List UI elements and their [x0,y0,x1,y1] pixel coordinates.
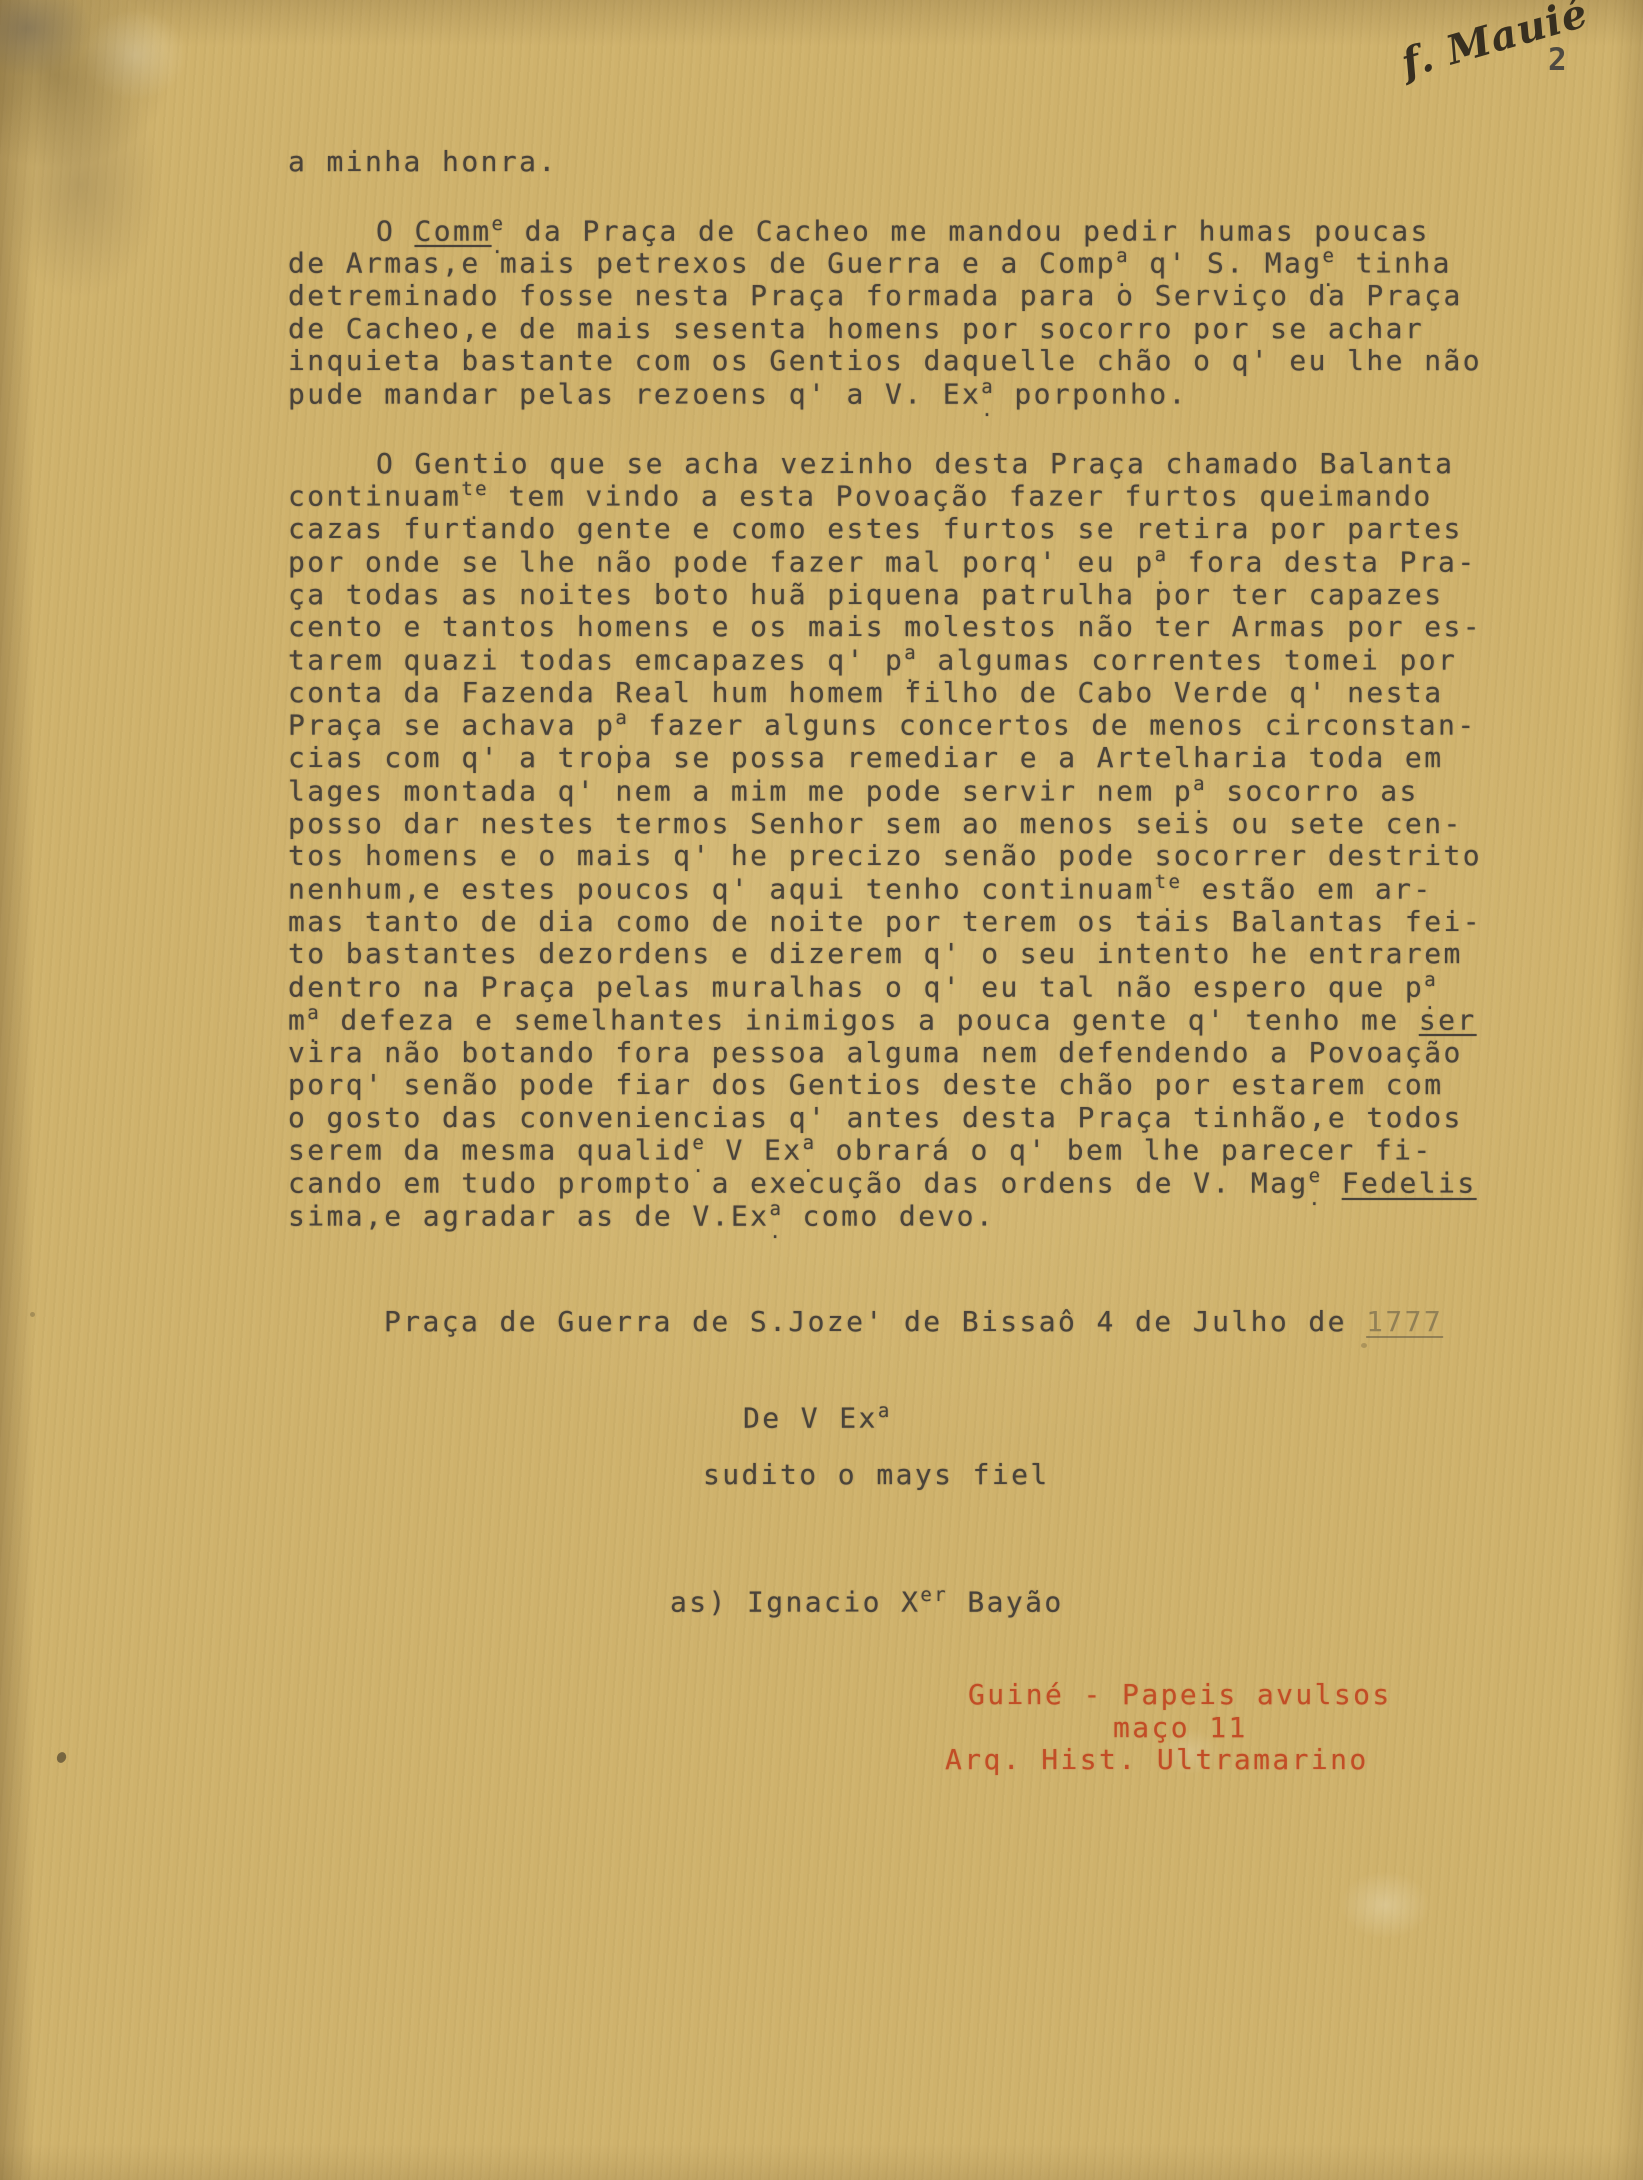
letter-line: posso dar nestes termos Senhor sem ao me… [288,808,1618,841]
letter-line: cento e tantos homens e os mais molestos… [288,611,1618,644]
archive-stamp-line: Arq. Hist. Ultramarino [945,1744,1618,1777]
document-page: f. Mauié 2 a minha honra. O Comme. da Pr… [0,0,1643,2180]
letter-line: to bastantes dezordens e dizerem q' o se… [288,938,1618,971]
letter-line: cando em tudo prompto a execução das ord… [288,1167,1618,1200]
paper-speck [30,1312,35,1317]
salutation-line: a minha honra. [288,146,1618,179]
letter-body: a minha honra. O Comme. da Praça de Cach… [288,146,1618,1777]
archive-stamp-line: maço 11 [1113,1712,1618,1745]
handwritten-annotation: f. Mauié [1396,0,1640,87]
signature-line: as) Ignacio Xer Bayão [670,1586,1618,1619]
closing-subject: sudito o mays fiel [703,1459,1618,1492]
letter-line: porq' senão pode fiar dos Gentios deste … [288,1069,1618,1102]
paragraph-2: O Gentio que se acha vezinho desta Praça… [288,448,1618,1233]
paragraph-1: O Comme. da Praça de Cacheo me mandou pe… [288,215,1618,411]
letter-line: mas tanto de dia como de noite por terem… [288,906,1618,939]
letter-line: de Armas,e mais petrexos de Guerra e a C… [288,247,1618,280]
letter-line: tos homens e o mais q' he precizo senão … [288,840,1618,873]
page-number: 2 [1548,42,1567,78]
dateline: Praça de Guerra de S.Joze' de Bissaô 4 d… [384,1306,1618,1339]
letter-line: o gosto das conveniencias q' antes desta… [288,1102,1618,1135]
letter-line: detreminado fosse nesta Praça formada pa… [288,280,1618,313]
letter-line: por onde se lhe não pode fazer mal porq'… [288,546,1618,579]
letter-line: inquieta bastante com os Gentios daquell… [288,345,1618,378]
letter-line: O Comme. da Praça de Cacheo me mandou pe… [288,215,1618,248]
letter-line: cias com q' a tropa se possa remediar e … [288,742,1618,775]
letter-line: de Cacheo,e de mais sesenta homens por s… [288,313,1618,346]
letter-line: cazas furtando gente e como estes furtos… [288,513,1618,546]
letter-line: ma. defeza e semelhantes inimigos a pouc… [288,1004,1618,1037]
letter-line: nenhum,e estes poucos q' aqui tenho cont… [288,873,1618,906]
letter-line: continuamte. tem vindo a esta Povoação f… [288,480,1618,513]
letter-line: tarem quazi todas emcapazes q' pa. algum… [288,644,1618,677]
closing-address: De V Exa [743,1402,1618,1435]
letter-line: conta da Fazenda Real hum homem filho de… [288,677,1618,710]
letter-line: lages montada q' nem a mim me pode servi… [288,775,1618,808]
letter-line: sima,e agradar as de V.Exa. como devo. [288,1200,1618,1233]
letter-line: ça todas as noites boto huã piquena patr… [288,579,1618,612]
letter-line: O Gentio que se acha vezinho desta Praça… [288,448,1618,481]
letter-line: pude mandar pelas rezoens q' a V. Exa. p… [288,378,1618,411]
archive-stamp-line: Guiné - Papeis avulsos [968,1679,1618,1712]
letter-line: dentro na Praça pelas muralhas o q' eu t… [288,971,1618,1004]
letter-line: serem da mesma qualide. V Exa. obrará o … [288,1134,1618,1167]
letter-line: vira não botando fora pessoa alguma nem … [288,1037,1618,1070]
archive-stamp: Guiné - Papeis avulsos maço 11 Arq. Hist… [288,1679,1618,1777]
letter-line: Praça se achava pa. fazer alguns concert… [288,709,1618,742]
ink-speck [55,1751,68,1765]
